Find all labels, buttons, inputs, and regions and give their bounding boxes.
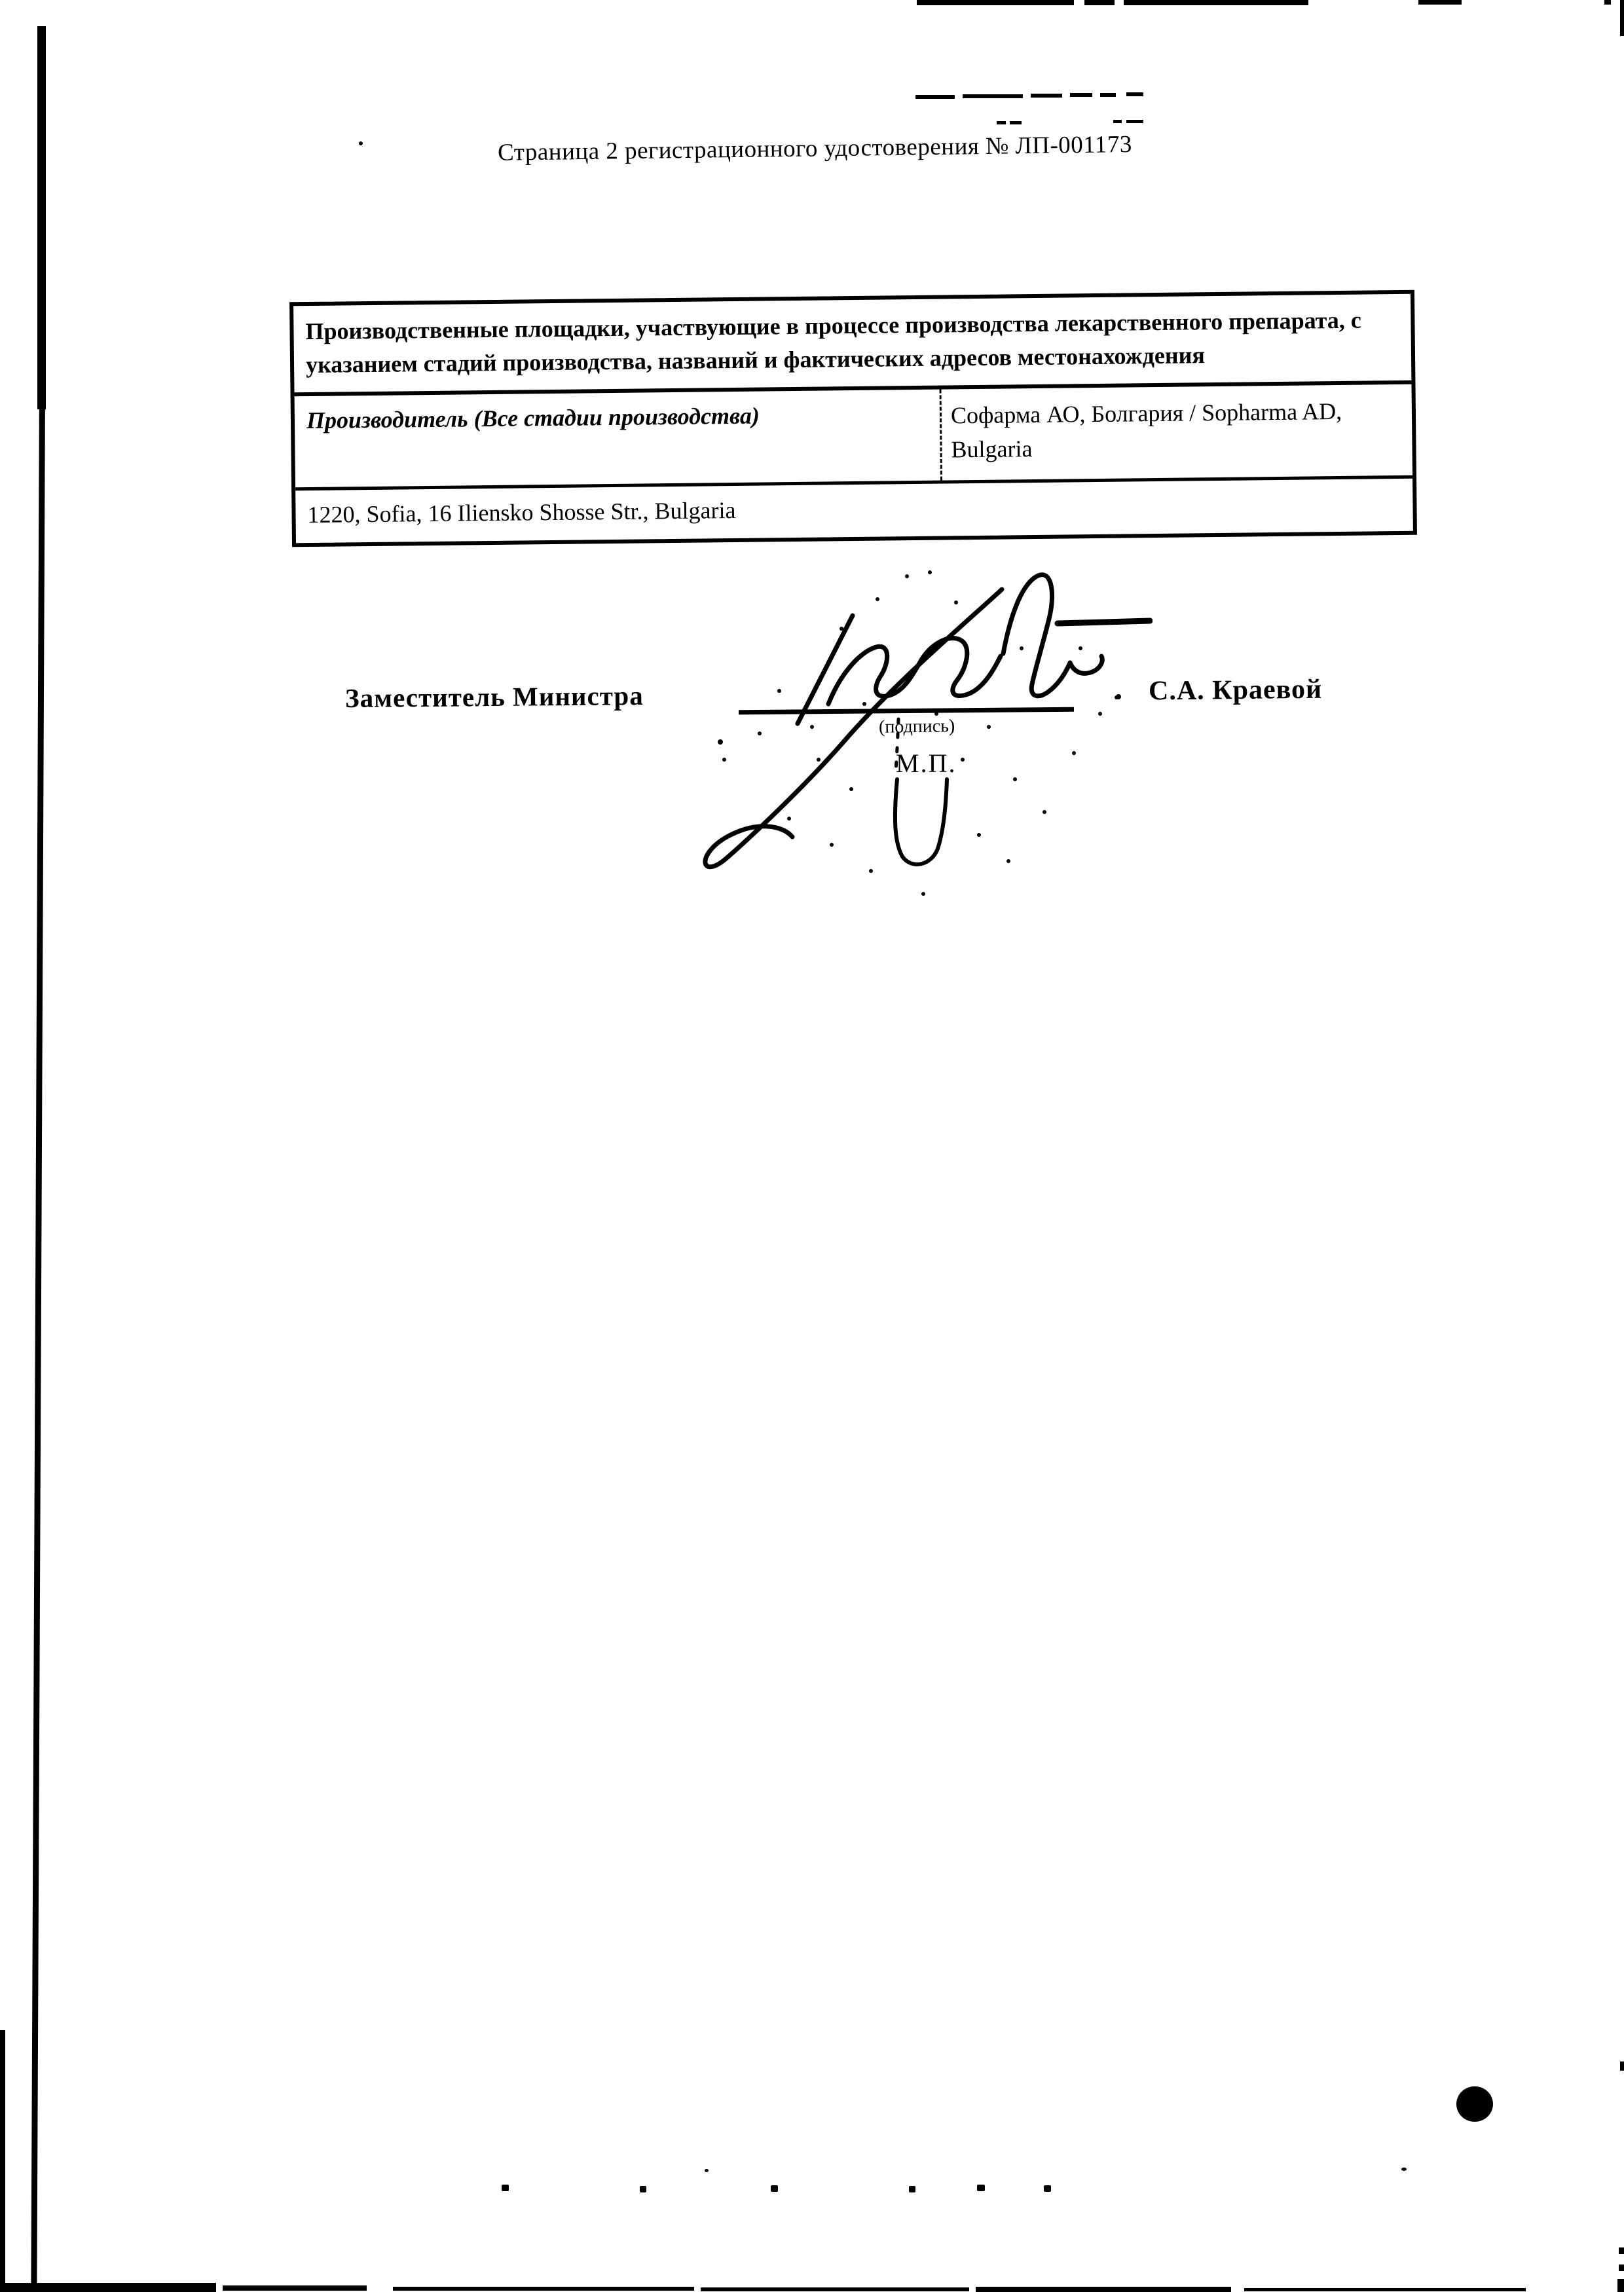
- scan-dash: [1031, 94, 1062, 98]
- scan-dash: [1126, 92, 1143, 96]
- scan-edge-mark: [917, 0, 1074, 5]
- scan-speck: [640, 2186, 646, 2192]
- production-sites-table: Производственные площадки, участвующие в…: [289, 290, 1417, 547]
- scan-bottom-edge: [1244, 2288, 1526, 2291]
- manufacturer-value-cell: Софарма АО, Болгария / Sopharma AD, Bulg…: [940, 384, 1412, 480]
- scan-speck: [705, 2169, 709, 2172]
- scan-speck: [909, 2186, 915, 2192]
- scan-edge-mark: [1418, 0, 1462, 5]
- signatory-title: Заместитель Министра: [345, 680, 644, 714]
- scan-dash: [1070, 93, 1092, 97]
- scan-dash: [963, 94, 1023, 98]
- scan-dash: [1126, 120, 1143, 123]
- scan-edge-mark: [1620, 0, 1624, 36]
- scan-speck: [1401, 2168, 1407, 2171]
- scan-bottom-edge: [0, 2283, 216, 2292]
- scan-right-edge-mark: [1619, 2264, 1624, 2271]
- scan-dash: [1100, 93, 1116, 97]
- scan-bottom-edge: [701, 2287, 969, 2291]
- scanned-certificate-page: Страница 2 регистрационного удостоверени…: [0, 0, 1624, 2292]
- scan-left-border-line: [37, 26, 46, 409]
- scan-right-edge-mark: [1620, 2061, 1624, 2071]
- scan-right-edge-mark: [1617, 2279, 1624, 2292]
- black-dot-mark: [1456, 2086, 1493, 2122]
- address-cell: 1220, Sofia, 16 Iliensko Shosse Str., Bu…: [295, 478, 1413, 542]
- ink-speck: [1116, 694, 1121, 699]
- scan-edge-mark: [1604, 0, 1611, 5]
- scan-bottom-edge: [976, 2287, 1231, 2292]
- table-header-cell: Производственные площадки, участвующие в…: [293, 294, 1411, 397]
- scan-speck: [502, 2185, 509, 2191]
- signatory-name: С.А. Краевой: [1149, 674, 1323, 707]
- scan-speck: [977, 2185, 985, 2191]
- stamp-noise-specks: [718, 570, 1118, 896]
- scan-edge-mark: [1084, 0, 1115, 5]
- table-row: 1220, Sofia, 16 Iliensko Shosse Str., Bu…: [295, 478, 1413, 542]
- manufacturer-label-cell: Производитель (Все стадии производства): [295, 390, 940, 487]
- scan-speck: [771, 2185, 778, 2192]
- scan-dash: [1010, 121, 1022, 124]
- scan-dash: [1113, 120, 1122, 123]
- table-row: Производитель (Все стадии производства) …: [295, 384, 1412, 490]
- handwritten-signature: [681, 563, 1153, 904]
- scan-bottom-edge: [393, 2287, 694, 2291]
- page-header-line: Страница 2 регистрационного удостоверени…: [498, 128, 1270, 166]
- scan-edge-mark: [1124, 0, 1308, 5]
- scan-right-edge-mark: [1619, 2247, 1624, 2254]
- ink-speck: [359, 141, 363, 145]
- scan-dash: [915, 95, 955, 99]
- scan-bottom-edge: [223, 2285, 367, 2291]
- scan-left-edge-line: [0, 2030, 5, 2292]
- scan-dash: [997, 121, 1006, 124]
- scan-left-border-line: [31, 393, 45, 2289]
- scan-speck: [1044, 2185, 1051, 2192]
